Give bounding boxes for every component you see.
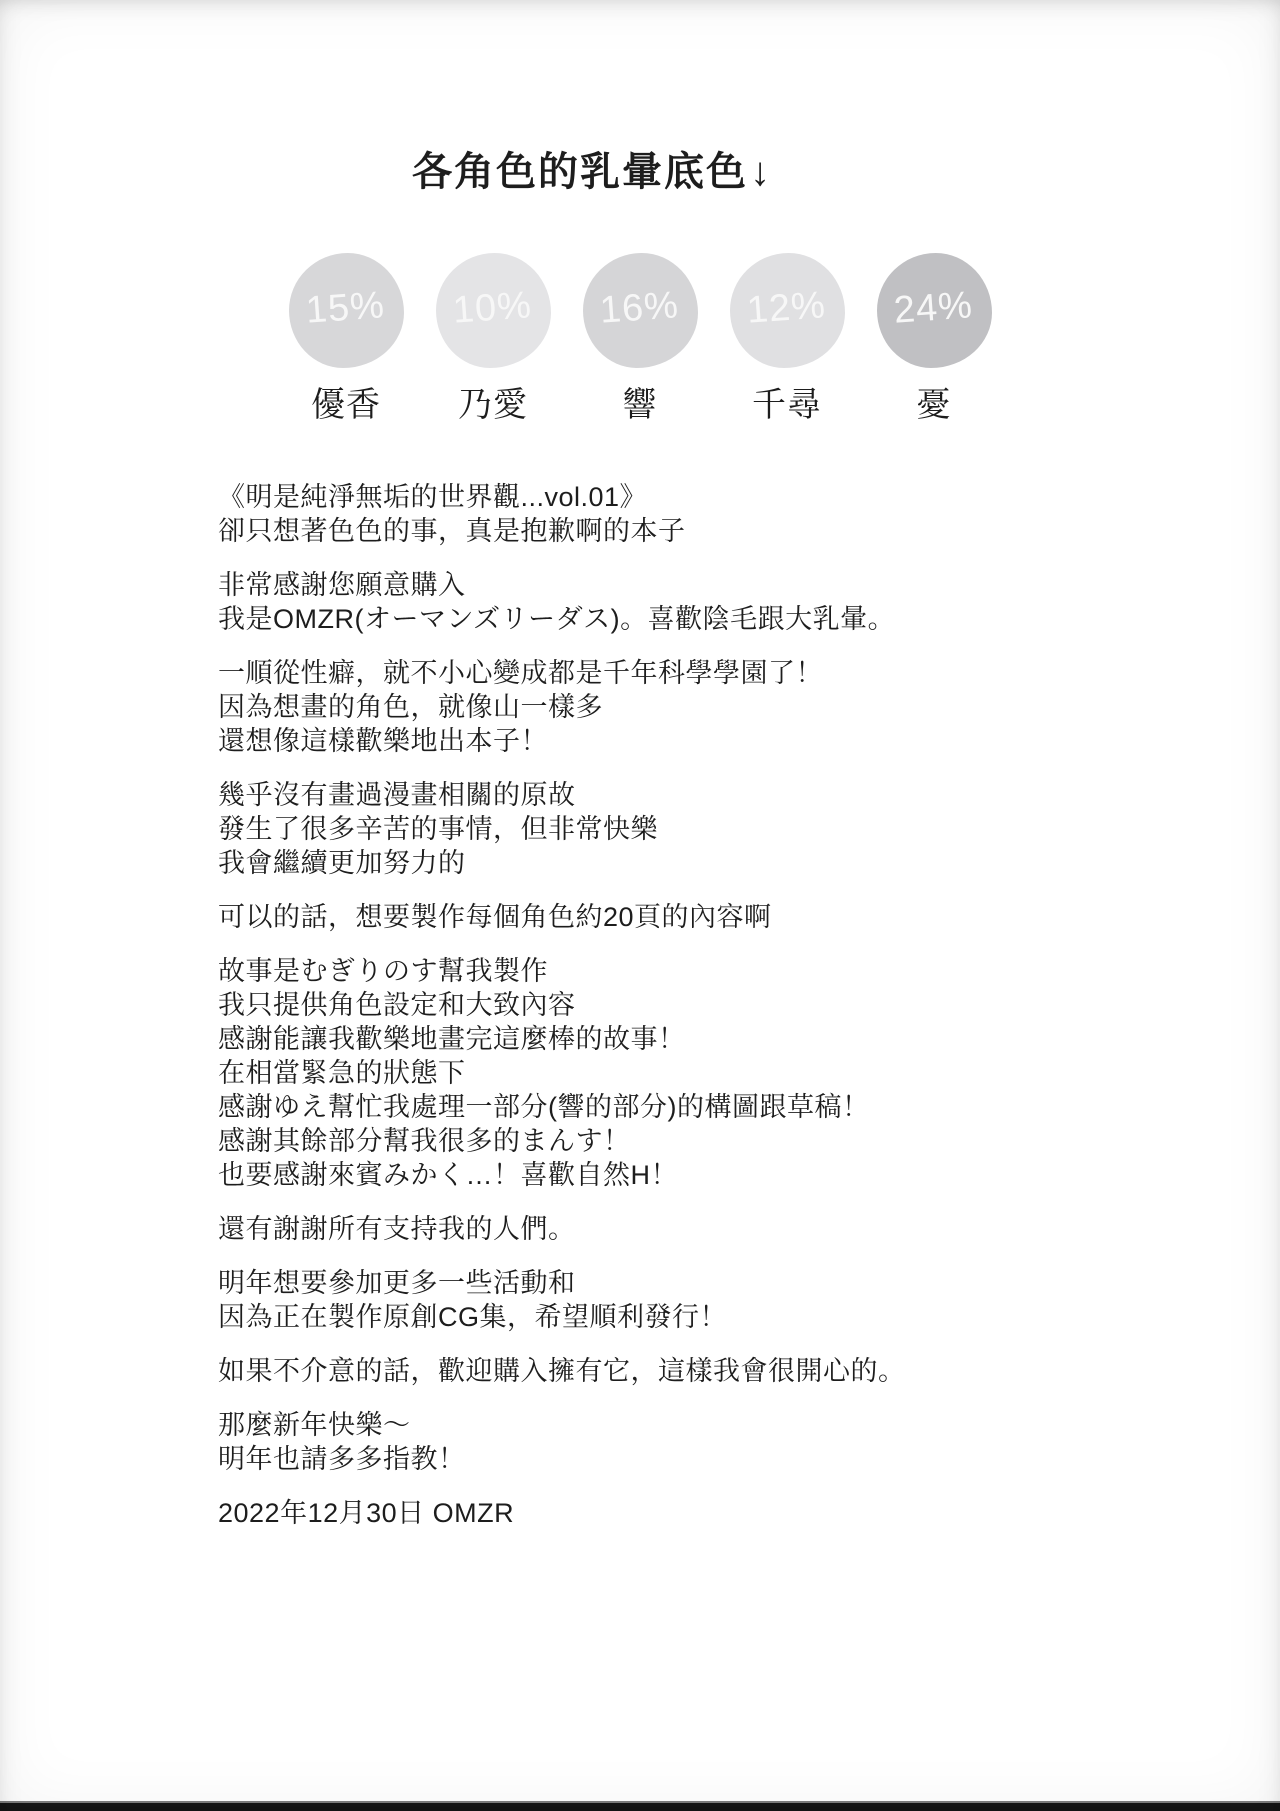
tone-swatch-circle: 10% <box>436 253 551 368</box>
afterword-line: 可以的話，想要製作每個角色約20頁的內容啊 <box>218 900 1160 934</box>
afterword-paragraph: 如果不介意的話，歡迎購入擁有它，這樣我會很開心的。 <box>218 1354 1160 1388</box>
tone-swatch-circle: 16% <box>583 253 698 368</box>
afterword-line: 因為想畫的角色，就像山一樣多 <box>218 690 1160 724</box>
afterword-line: 還有謝謝所有支持我的人們。 <box>218 1212 1160 1246</box>
character-tone-cell: 24% 憂 <box>876 253 992 426</box>
character-name: 響 <box>623 377 658 426</box>
afterword-paragraph: 那麼新年快樂～ 明年也請多多指教！ <box>218 1408 1160 1476</box>
tone-swatch-circle: 12% <box>730 253 845 368</box>
afterword-line: 在相當緊急的狀態下 <box>218 1056 1160 1090</box>
afterword-line: 還想像這樣歡樂地出本子！ <box>218 724 1160 758</box>
character-tone-cell: 10% 乃愛 <box>435 253 551 426</box>
scan-bottom-bar <box>0 1801 1280 1811</box>
afterword-line: 我是OMZR(オーマンズリーダス)。喜歡陰毛跟大乳暈。 <box>218 602 1160 636</box>
afterword-line: 卻只想著色色的事，真是抱歉啊的本子 <box>218 514 1160 548</box>
tone-swatch-circle: 24% <box>877 253 992 368</box>
afterword-text: 《明是純淨無垢的世界觀...vol.01》 卻只想著色色的事，真是抱歉啊的本子 … <box>218 480 1160 1550</box>
afterword-line: 我只提供角色設定和大致內容 <box>218 988 1160 1022</box>
afterword-line: 明年也請多多指教！ <box>218 1442 1160 1476</box>
afterword-line: 故事是むぎりのす幫我製作 <box>218 954 1160 988</box>
character-tone-cell: 16% 響 <box>582 253 698 426</box>
afterword-paragraph: 明年想要參加更多一些活動和 因為正在製作原創CG集，希望順利發行！ <box>218 1266 1160 1334</box>
afterword-paragraph: 還有謝謝所有支持我的人們。 <box>218 1212 1160 1246</box>
afterword-line: 感謝其餘部分幫我很多的まんす！ <box>218 1124 1160 1158</box>
page-title-text: 各角色的乳暈底色 <box>412 150 748 194</box>
character-tone-cell: 15% 優香 <box>288 253 404 426</box>
afterword-paragraph: 故事是むぎりのす幫我製作 我只提供角色設定和大致內容 感謝能讓我歡樂地畫完這麼棒… <box>218 954 1160 1192</box>
areola-percent-label: 12% <box>746 284 828 332</box>
afterword-paragraph: 《明是純淨無垢的世界觀...vol.01》 卻只想著色色的事，真是抱歉啊的本子 <box>218 480 1160 548</box>
areola-percent-label: 15% <box>305 284 387 332</box>
character-name: 優香 <box>311 377 381 426</box>
afterword-line: 感謝能讓我歡樂地畫完這麼棒的故事！ <box>218 1022 1160 1056</box>
afterword-line: 因為正在製作原創CG集，希望順利發行！ <box>218 1300 1160 1334</box>
afterword-line: 感謝ゆえ幫忙我處理一部分(響的部分)的構圖跟草稿！ <box>218 1090 1160 1124</box>
areola-tone-chart: 15% 優香 10% 乃愛 16% 響 12% 千尋 24% 憂 <box>0 253 1280 426</box>
tone-swatch-circle: 15% <box>289 253 404 368</box>
afterword-paragraph: 非常感謝您願意購入 我是OMZR(オーマンズリーダス)。喜歡陰毛跟大乳暈。 <box>218 568 1160 636</box>
afterword-line: 非常感謝您願意購入 <box>218 568 1160 602</box>
afterword-line: 幾乎沒有畫過漫畫相關的原故 <box>218 778 1160 812</box>
character-name: 千尋 <box>752 377 822 426</box>
afterword-page: 各角色的乳暈底色↓ 15% 優香 10% 乃愛 16% 響 12% 千尋 <box>0 0 1280 1811</box>
down-arrow-icon: ↓ <box>750 150 772 194</box>
afterword-line: 發生了很多辛苦的事情，但非常快樂 <box>218 812 1160 846</box>
afterword-line: 明年想要參加更多一些活動和 <box>218 1266 1160 1300</box>
afterword-paragraph: 一順從性癖，就不小心變成都是千年科學學園了！ 因為想畫的角色，就像山一樣多 還想… <box>218 656 1160 758</box>
afterword-line: 我會繼續更加努力的 <box>218 846 1160 880</box>
areola-percent-label: 24% <box>893 284 975 332</box>
afterword-paragraph: 幾乎沒有畫過漫畫相關的原故 發生了很多辛苦的事情，但非常快樂 我會繼續更加努力的 <box>218 778 1160 880</box>
character-tone-cell: 12% 千尋 <box>729 253 845 426</box>
page-title: 各角色的乳暈底色↓ <box>0 140 1280 197</box>
areola-percent-label: 10% <box>452 284 534 332</box>
afterword-line: 如果不介意的話，歡迎購入擁有它，這樣我會很開心的。 <box>218 1354 1160 1388</box>
afterword-line: 也要感謝來賓みかく…！喜歡自然H！ <box>218 1158 1160 1192</box>
afterword-line: 《明是純淨無垢的世界觀...vol.01》 <box>218 480 1160 514</box>
afterword-paragraph: 2022年12月30日 OMZR <box>218 1496 1160 1530</box>
areola-percent-label: 16% <box>599 284 681 332</box>
character-name: 憂 <box>917 377 952 426</box>
character-name: 乃愛 <box>458 377 528 426</box>
afterword-paragraph: 可以的話，想要製作每個角色約20頁的內容啊 <box>218 900 1160 934</box>
afterword-line: 那麼新年快樂～ <box>218 1408 1160 1442</box>
afterword-line: 一順從性癖，就不小心變成都是千年科學學園了！ <box>218 656 1160 690</box>
date-signature-line: 2022年12月30日 OMZR <box>218 1496 1160 1530</box>
